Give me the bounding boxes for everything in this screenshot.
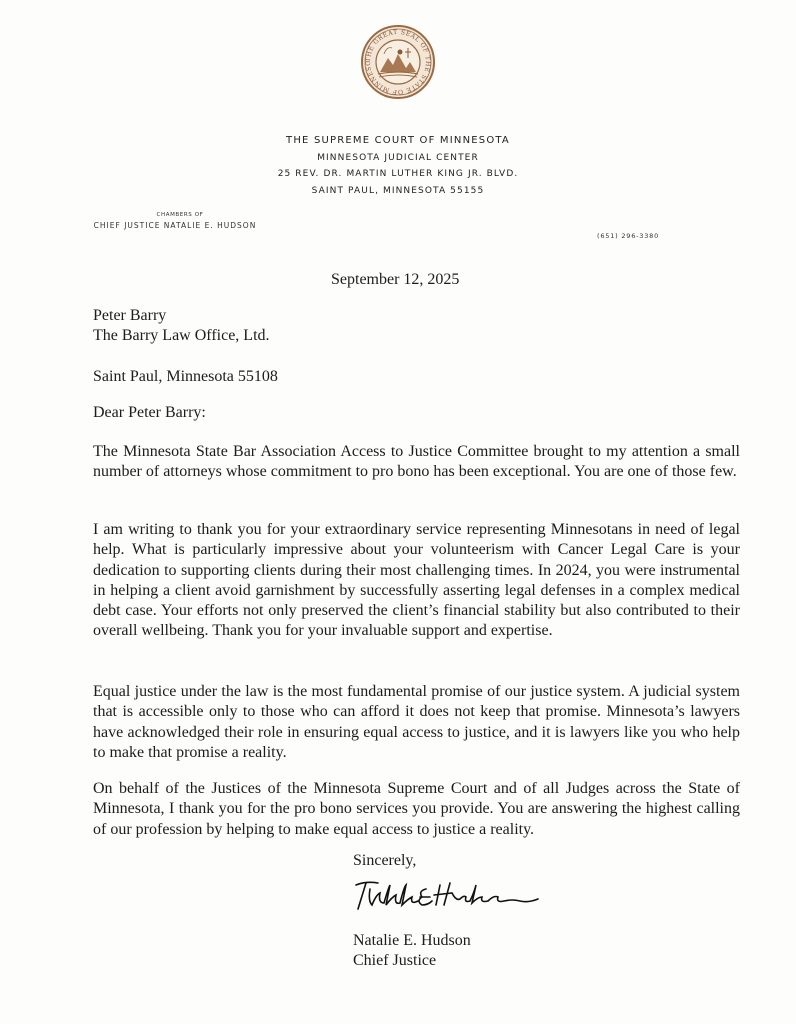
handwritten-signature-icon [348, 875, 548, 915]
state-seal-icon: THE GREAT SEAL OF THE STATE OF MINNESOTA… [360, 24, 436, 100]
recipient-name: Peter Barry [93, 306, 270, 326]
recipient-firm: The Barry Law Office, Ltd. [93, 326, 270, 346]
signer-title: Chief Justice [353, 951, 471, 971]
city-address: SAINT PAUL, MINNESOTA 55155 [0, 183, 796, 200]
street-address: 25 REV. DR. MARTIN LUTHER KING JR. BLVD. [0, 166, 796, 183]
letter-date: September 12, 2025 [331, 271, 459, 289]
salutation: Dear Peter Barry: [93, 404, 206, 422]
recipient-city: Saint Paul, Minnesota 55108 [93, 368, 278, 386]
paragraph: On behalf of the Justices of the Minneso… [93, 779, 740, 840]
signer-name: Natalie E. Hudson [353, 931, 471, 951]
signer-block: Natalie E. Hudson Chief Justice [353, 931, 471, 971]
building-name: MINNESOTA JUDICIAL CENTER [0, 150, 796, 167]
chambers-block: CHAMBERS OF CHIEF JUSTICE NATALIE E. HUD… [80, 211, 280, 232]
letterhead: THE SUPREME COURT OF MINNESOTA MINNESOTA… [0, 133, 796, 199]
paragraph: The Minnesota State Bar Association Acce… [93, 442, 740, 483]
paragraph: I am writing to thank you for your extra… [93, 520, 740, 642]
court-name: THE SUPREME COURT OF MINNESOTA [0, 133, 796, 150]
chambers-name: CHIEF JUSTICE NATALIE E. HUDSON [70, 220, 280, 232]
letter-page: THE GREAT SEAL OF THE STATE OF MINNESOTA… [0, 0, 796, 1024]
closing: Sincerely, [353, 852, 416, 870]
paragraph: Equal justice under the law is the most … [93, 682, 740, 763]
recipient-address: Peter Barry The Barry Law Office, Ltd. [93, 306, 270, 346]
phone-number: (651) 296-3380 [597, 232, 659, 240]
chambers-label: CHAMBERS OF [80, 211, 280, 220]
